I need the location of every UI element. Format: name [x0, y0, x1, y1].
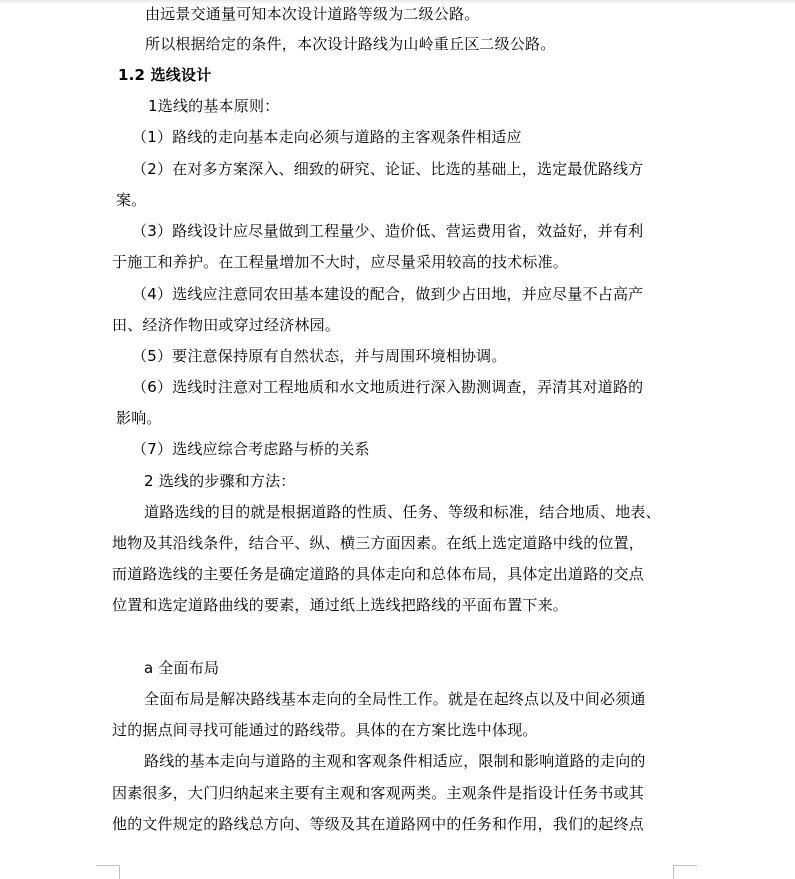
- paragraph-line: 田、经济作物田或穿过经济林园。: [112, 315, 340, 335]
- paragraph-line: 全面布局是解决路线基本走向的全局性工作。就是在起终点以及中间必须通: [144, 689, 646, 709]
- paragraph-line: 路线的基本走向与道路的主观和客观条件相适应，限制和影响道路的走向的: [144, 751, 646, 771]
- paragraph-line: 影响。: [116, 408, 162, 428]
- page-corner-mark-right: [673, 865, 697, 879]
- paragraph-line: 案。: [116, 190, 146, 210]
- paragraph-line: （1）路线的走向基本走向必须与道路的主客观条件相适应: [132, 127, 522, 147]
- paragraph-line: 所以根据给定的条件，本次设计路线为山岭重丘区二级公路。: [145, 34, 555, 54]
- paragraph-line: 道路选线的目的就是根据道路的性质、任务、等级和标准，结合地质、地表、: [144, 502, 661, 522]
- paragraph-line: 过的据点间寻找可能通过的路线带。具体的在方案比选中体现。: [112, 720, 538, 740]
- paragraph-line: （4）选线应注意同农田基本建设的配合，做到少占田地，并应尽量不占高产: [132, 284, 643, 304]
- paragraph-line: （2）在对多方案深入、细致的研究、论证、比选的基础上，选定最优路线方: [132, 159, 643, 179]
- document-page: 由远景交通量可知本次设计道路等级为二级公路。所以根据给定的条件，本次设计路线为山…: [0, 0, 795, 879]
- paragraph-line: （5）要注意保持原有自然状态，并与周围环境相协调。: [132, 346, 507, 366]
- paragraph-line: （3）路线设计应尽量做到工程量少、造价低、营运费用省，效益好，并有利: [132, 221, 643, 241]
- paragraph-line: 于施工和养护。在工程量增加不大时，应尽量采用较高的技术标准。: [112, 252, 568, 272]
- paragraph-line: 由远景交通量可知本次设计道路等级为二级公路。: [145, 4, 479, 24]
- paragraph-line: a 全面布局: [144, 658, 219, 678]
- paragraph-line: 地物及其沿线条件，结合平、纵、横三方面因素。在纸上选定道路中线的位置，: [112, 533, 644, 553]
- page-corner-mark-left: [96, 865, 120, 879]
- paragraph-line: 而道路选线的主要任务是确定道路的具体走向和总体布局，具体定出道路的交点: [112, 564, 644, 584]
- paragraph-line: 2 选线的步骤和方法：: [144, 471, 296, 491]
- paragraph-line: （6）选线时注意对工程地质和水文地质进行深入勘测调查，弄清其对道路的: [132, 377, 643, 397]
- paragraph-line: 因素很多，大门归纳起来主要有主观和客观两类。主观条件是指设计任务书或其: [112, 783, 644, 803]
- section-heading: 1.2 选线设计: [118, 65, 211, 85]
- paragraph-line: 他的文件规定的路线总方向、等级及其在道路网中的任务和作用，我们的起终点: [112, 814, 644, 834]
- paragraph-line: 1选线的基本原则：: [148, 96, 279, 116]
- paragraph-line: 位置和选定道路曲线的要素，通过纸上选线把路线的平面布置下来。: [112, 595, 568, 615]
- paragraph-line: （7）选线应综合考虑路与桥的关系: [132, 439, 370, 459]
